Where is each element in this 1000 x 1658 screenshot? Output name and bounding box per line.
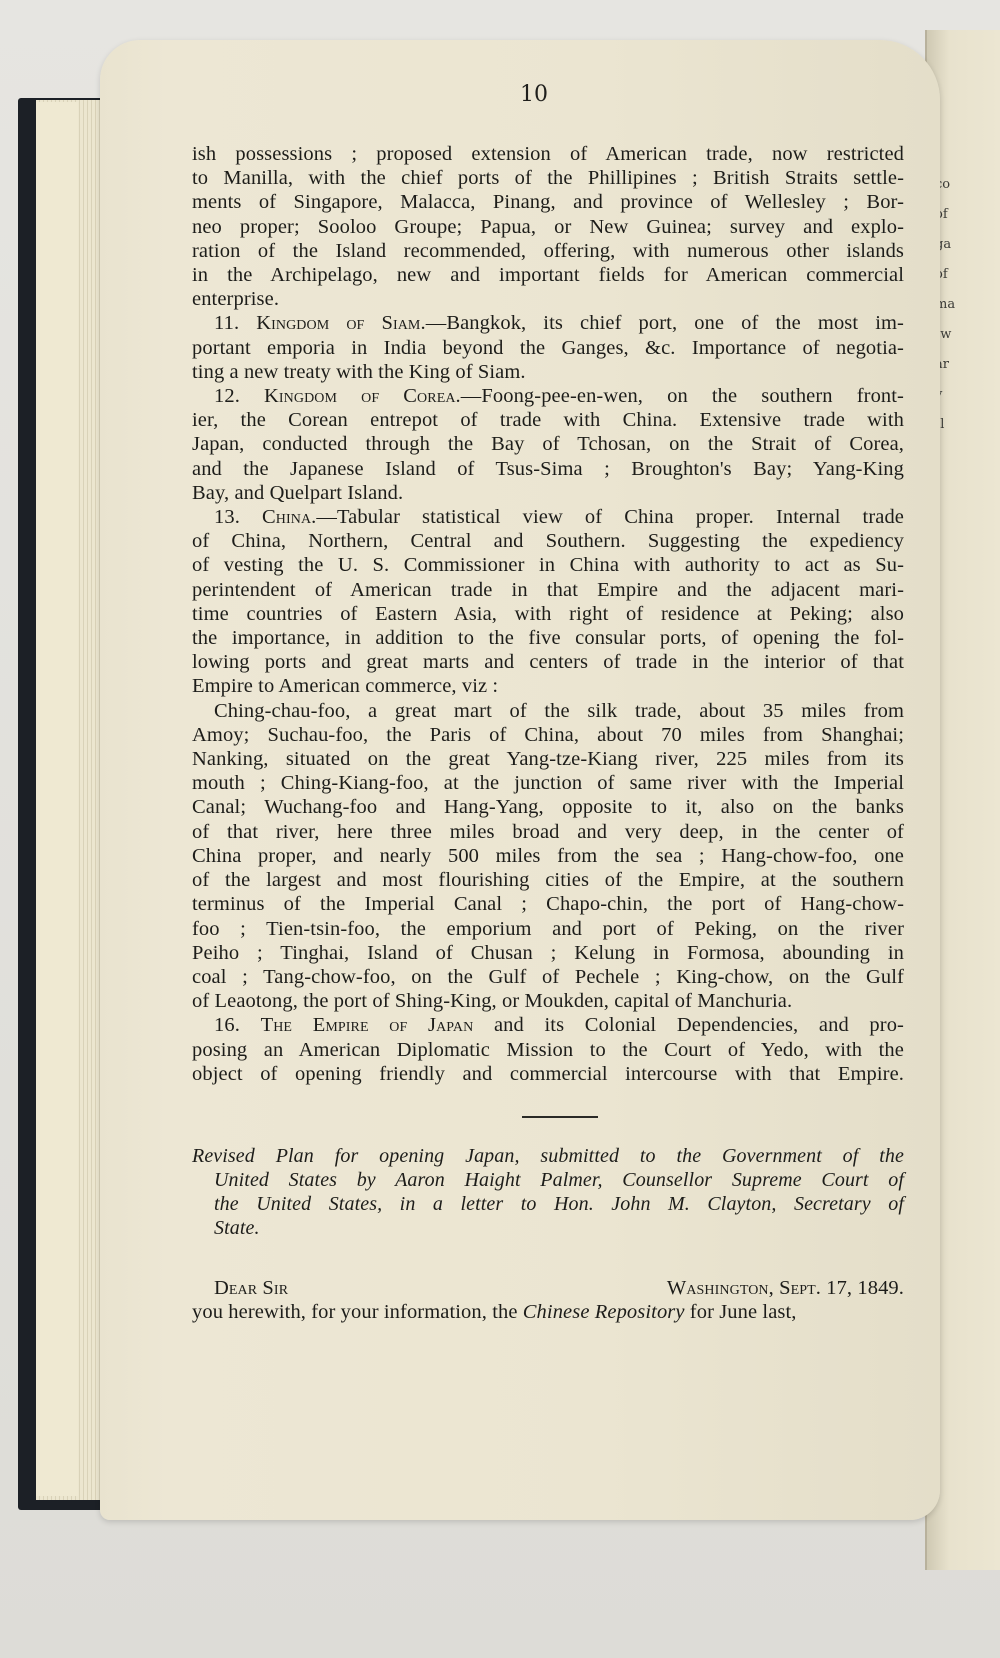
text-line: Bay, and Quelpart Island.: [192, 481, 904, 505]
text-line: lowing ports and great marts and centers…: [192, 650, 904, 674]
text-line: time countries of Eastern Asia, with rig…: [192, 602, 904, 626]
text-line: ish possessions ; proposed extension of …: [192, 142, 904, 166]
text-line: of China, Northern, Central and Southern…: [192, 529, 904, 553]
text-line: : I have just received, and have the hon…: [192, 1276, 904, 1300]
text-line: to Manilla, with the chief ports of the …: [192, 166, 904, 190]
section-number: 12.: [214, 385, 240, 407]
section-divider: [522, 1116, 598, 1118]
section-heading-line: 16. The Empire of Japan and its Colonial…: [192, 1013, 904, 1037]
page-body: ish possessions ; proposed extension of …: [192, 142, 904, 1325]
text-line: foo ; Tien-tsin-foo, the emporium and po…: [192, 917, 904, 941]
text-line: mouth ; Ching-Kiang-foo, at the junction…: [192, 771, 904, 795]
section-heading-line: 11. Kingdom of Siam.—Bangkok, its chief …: [192, 311, 904, 335]
text-line: in the Archipelago, new and important fi…: [192, 263, 904, 287]
section-heading: Kingdom of Siam.: [256, 312, 426, 334]
ports-paragraph: Ching-chau-foo, a great mart of the silk…: [192, 699, 904, 1014]
text-line: ments of Singapore, Malacca, Pinang, and…: [192, 190, 904, 214]
text-line: Ching-chau-foo, a great mart of the silk…: [192, 699, 904, 723]
section-heading: Kingdom of Corea.: [264, 385, 461, 407]
section-number: 11.: [214, 312, 239, 334]
section-heading-line: 13. China.—Tabular statistical view of C…: [192, 505, 904, 529]
text-line: Canal; Wuchang-foo and Hang-Yang, opposi…: [192, 795, 904, 819]
text-line: you herewith, for your information, the …: [192, 1300, 904, 1324]
text-line: of the largest and most flourishing citi…: [192, 868, 904, 892]
section-number: 13.: [214, 506, 240, 528]
text-line: of Leaotong, the port of Shing-King, or …: [192, 989, 904, 1013]
text-line: Japan, conducted through the Bay of Tcho…: [192, 432, 904, 456]
section-number: 16.: [214, 1014, 240, 1036]
revised-plan-heading: Revised Plan for opening Japan, submitte…: [192, 1144, 904, 1240]
text-line: Peiho ; Tinghai, Island of Chusan ; Kelu…: [192, 941, 904, 965]
paragraph-continued: ish possessions ; proposed extension of …: [192, 142, 904, 311]
text-line: Amoy; Suchau-foo, the Paris of China, ab…: [192, 723, 904, 747]
text-line: portant emporia in India beyond the Gang…: [192, 336, 904, 360]
text-line: Nanking, situated on the great Yang-tze-…: [192, 747, 904, 771]
text-line: perintendent of American trade in that E…: [192, 578, 904, 602]
text-line: State.: [192, 1216, 904, 1240]
text-line: enterprise.: [192, 287, 904, 311]
text-line: the importance, in addition to the five …: [192, 626, 904, 650]
text-line: the United States, in a letter to Hon. J…: [192, 1192, 904, 1216]
section-heading: The Empire of Japan: [261, 1014, 474, 1036]
section-heading: China.: [262, 506, 316, 528]
text-line: ier, the Corean entrepot of trade with C…: [192, 408, 904, 432]
book-photo: co of ga of ma tw ar v tl 10 ish possess…: [0, 0, 1000, 1658]
text-line: of that river, here three miles broad an…: [192, 820, 904, 844]
text-line: Revised Plan for opening Japan, submitte…: [192, 1144, 904, 1168]
section-11-siam: 11. Kingdom of Siam.—Bangkok, its chief …: [192, 311, 904, 384]
text-line: neo proper; Sooloo Groupe; Papua, or New…: [192, 215, 904, 239]
text-line: object of opening friendly and commercia…: [192, 1062, 904, 1086]
publication-title: Chinese Repository: [523, 1301, 685, 1323]
text-line: ration of the Island recommended, offeri…: [192, 239, 904, 263]
text-line: China proper, and nearly 500 miles from …: [192, 844, 904, 868]
text-line: posing an American Diplomatic Mission to…: [192, 1038, 904, 1062]
salutation: Dear Sir: [214, 1277, 288, 1299]
left-leaf: [36, 102, 78, 1496]
section-16-japan: 16. The Empire of Japan and its Colonial…: [192, 1013, 904, 1086]
text-line: coal ; Tang-chow-foo, on the Gulf of Pec…: [192, 965, 904, 989]
text-line: of vesting the U. S. Commissioner in Chi…: [192, 553, 904, 577]
text-line: ting a new treaty with the King of Siam.: [192, 360, 904, 384]
text-line: Empire to American commerce, viz :: [192, 674, 904, 698]
page-number: 10: [520, 82, 548, 107]
text-line: terminus of the Imperial Canal ; Chapo-c…: [192, 892, 904, 916]
facing-page-fragments: co of ga of ma tw ar v tl: [935, 170, 975, 440]
section-heading-line: 12. Kingdom of Corea.—Foong-pee-en-wen, …: [192, 384, 904, 408]
section-13-china: 13. China.—Tabular statistical view of C…: [192, 505, 904, 699]
section-12-corea: 12. Kingdom of Corea.—Foong-pee-en-wen, …: [192, 384, 904, 505]
text-line: United States by Aaron Haight Palmer, Co…: [192, 1168, 904, 1192]
text-line: and the Japanese Island of Tsus-Sima ; B…: [192, 457, 904, 481]
letter-opening: Dear Sir: I have just received, and have…: [192, 1276, 904, 1325]
